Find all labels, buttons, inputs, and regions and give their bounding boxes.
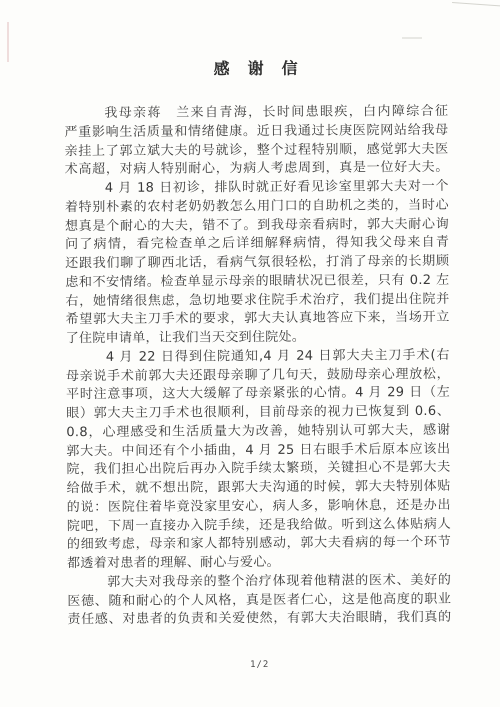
letter-line: 术高超，对病人特别耐心，为病人考虑周到，真是一位好大夫。 [65,159,449,180]
letter-line: 问了病情，看完检查单之后详细解释病情，得知我父母来自青海， [65,234,449,255]
scanned-letter-page: 感 谢 信 我母亲蒋 兰来自青海，长时间患眼疾，白内障综合征等，严重影响生活质量… [0,0,500,707]
letter-line: 医德、随和耐心的个人风格，真是医者仁心，这是他高度的职业 [67,590,451,611]
letter-line: 平时注意事项，这大大缓解了母亲紧张的心情。4 月 29 日（左 [66,384,450,405]
letter-line: 的细致考虑，母亲和家人都特别感动，郭大夫看病的每一个环节 [67,534,451,555]
letter-line: 给做手术，就不想出院，跟郭大夫沟通的时候，郭大夫特别体贴 [67,478,451,499]
letter-line: 眼）郭大夫主刀手术也很顺利，目前母亲的视力已恢复到 0.6、 [66,403,450,424]
letter-line: 4 月 22 日得到住院通知,4 月 24 日郭大夫主刀手术(右眼)， [66,347,450,368]
letter-line: 右，她情绪很焦虑，急切地要求住院手术治疗，我们提出住院并 [65,290,449,311]
letter-line: 0.8，心理感受和生活质量大为改善，她特别认可郭大夫，感谢 [66,422,450,443]
scan-artifact-top-edge [452,2,500,7]
letter-line: 责任感、对患者的负责和关爱使然，有郭大夫治眼睛，我们真的 [67,609,451,630]
letter-line: 郭大夫。中间还有个小插曲，4 月 25 日右眼手术后原本应该出 [66,440,450,461]
letter-line: 虑和不安情绪。检查单显示母亲的眼睛状况已很差，只有 0.2 左 [65,272,449,293]
letter-line: 院，我们担心出院后再办入院手续太繁琐，关键担心不是郭大夫 [66,459,450,480]
letter-body: 我母亲蒋 兰来自青海，长时间患眼疾，白内障综合征等，严重影响生活质量和情绪健康。… [64,103,451,630]
letter-line: 亲挂上了郭立斌大夫的号就诊，整个过程特别顺，感觉郭大夫医 [65,140,449,161]
letter-line: 我母亲蒋 兰来自青海，长时间患眼疾，白内障综合征等， [64,103,448,124]
letter-line: 都透着对患者的理解、耐心与爱心。 [67,553,451,574]
letter-line: 着特别朴素的农村老奶奶教怎么用门口的自助机之类的，当时心 [65,197,449,218]
letter-line: 希望郭大夫主刀手术的要求，郭大夫认真地答应下来，当场开立 [66,309,450,330]
letter-line: 母亲说手术前郭大夫还跟母亲聊了几句天，鼓励母亲心理放松， [66,365,450,386]
letter-line: 郭大夫对我母亲的整个治疗体现着他精湛的医术、美好的 [67,572,451,593]
letter-line: 院吧，下周一直接办入院手续，还是我给做。听到这么体贴病人 [67,515,451,536]
letter-content: 感 谢 信 我母亲蒋 兰来自青海，长时间患眼疾，白内障综合征等，严重影响生活质量… [64,55,452,671]
scan-artifact-left-edge [7,22,9,62]
letter-line: 严重影响生活质量和情绪健康。近日我通过长庚医院网站给我母 [64,122,448,143]
letter-line: 想真是个耐心的大夫，错不了。到我母亲看病时，郭大夫耐心询 [65,215,449,236]
scan-artifact-smudge [402,37,422,39]
letter-line: 的说：医院住着毕竟没家里安心，病人多，影响休息，还是办出 [67,497,451,518]
letter-title: 感 谢 信 [64,55,448,80]
page-number: 1/2 [68,659,452,671]
letter-line: 4 月 18 日初诊，排队时就正好看见诊室里郭大夫对一个衣 [65,178,449,199]
letter-line: 了住院申请单，让我们当天交到住院处。 [66,328,450,349]
letter-line: 还跟我们聊了聊西北话，看病气氛很轻松，打消了母亲的长期顾 [65,253,449,274]
